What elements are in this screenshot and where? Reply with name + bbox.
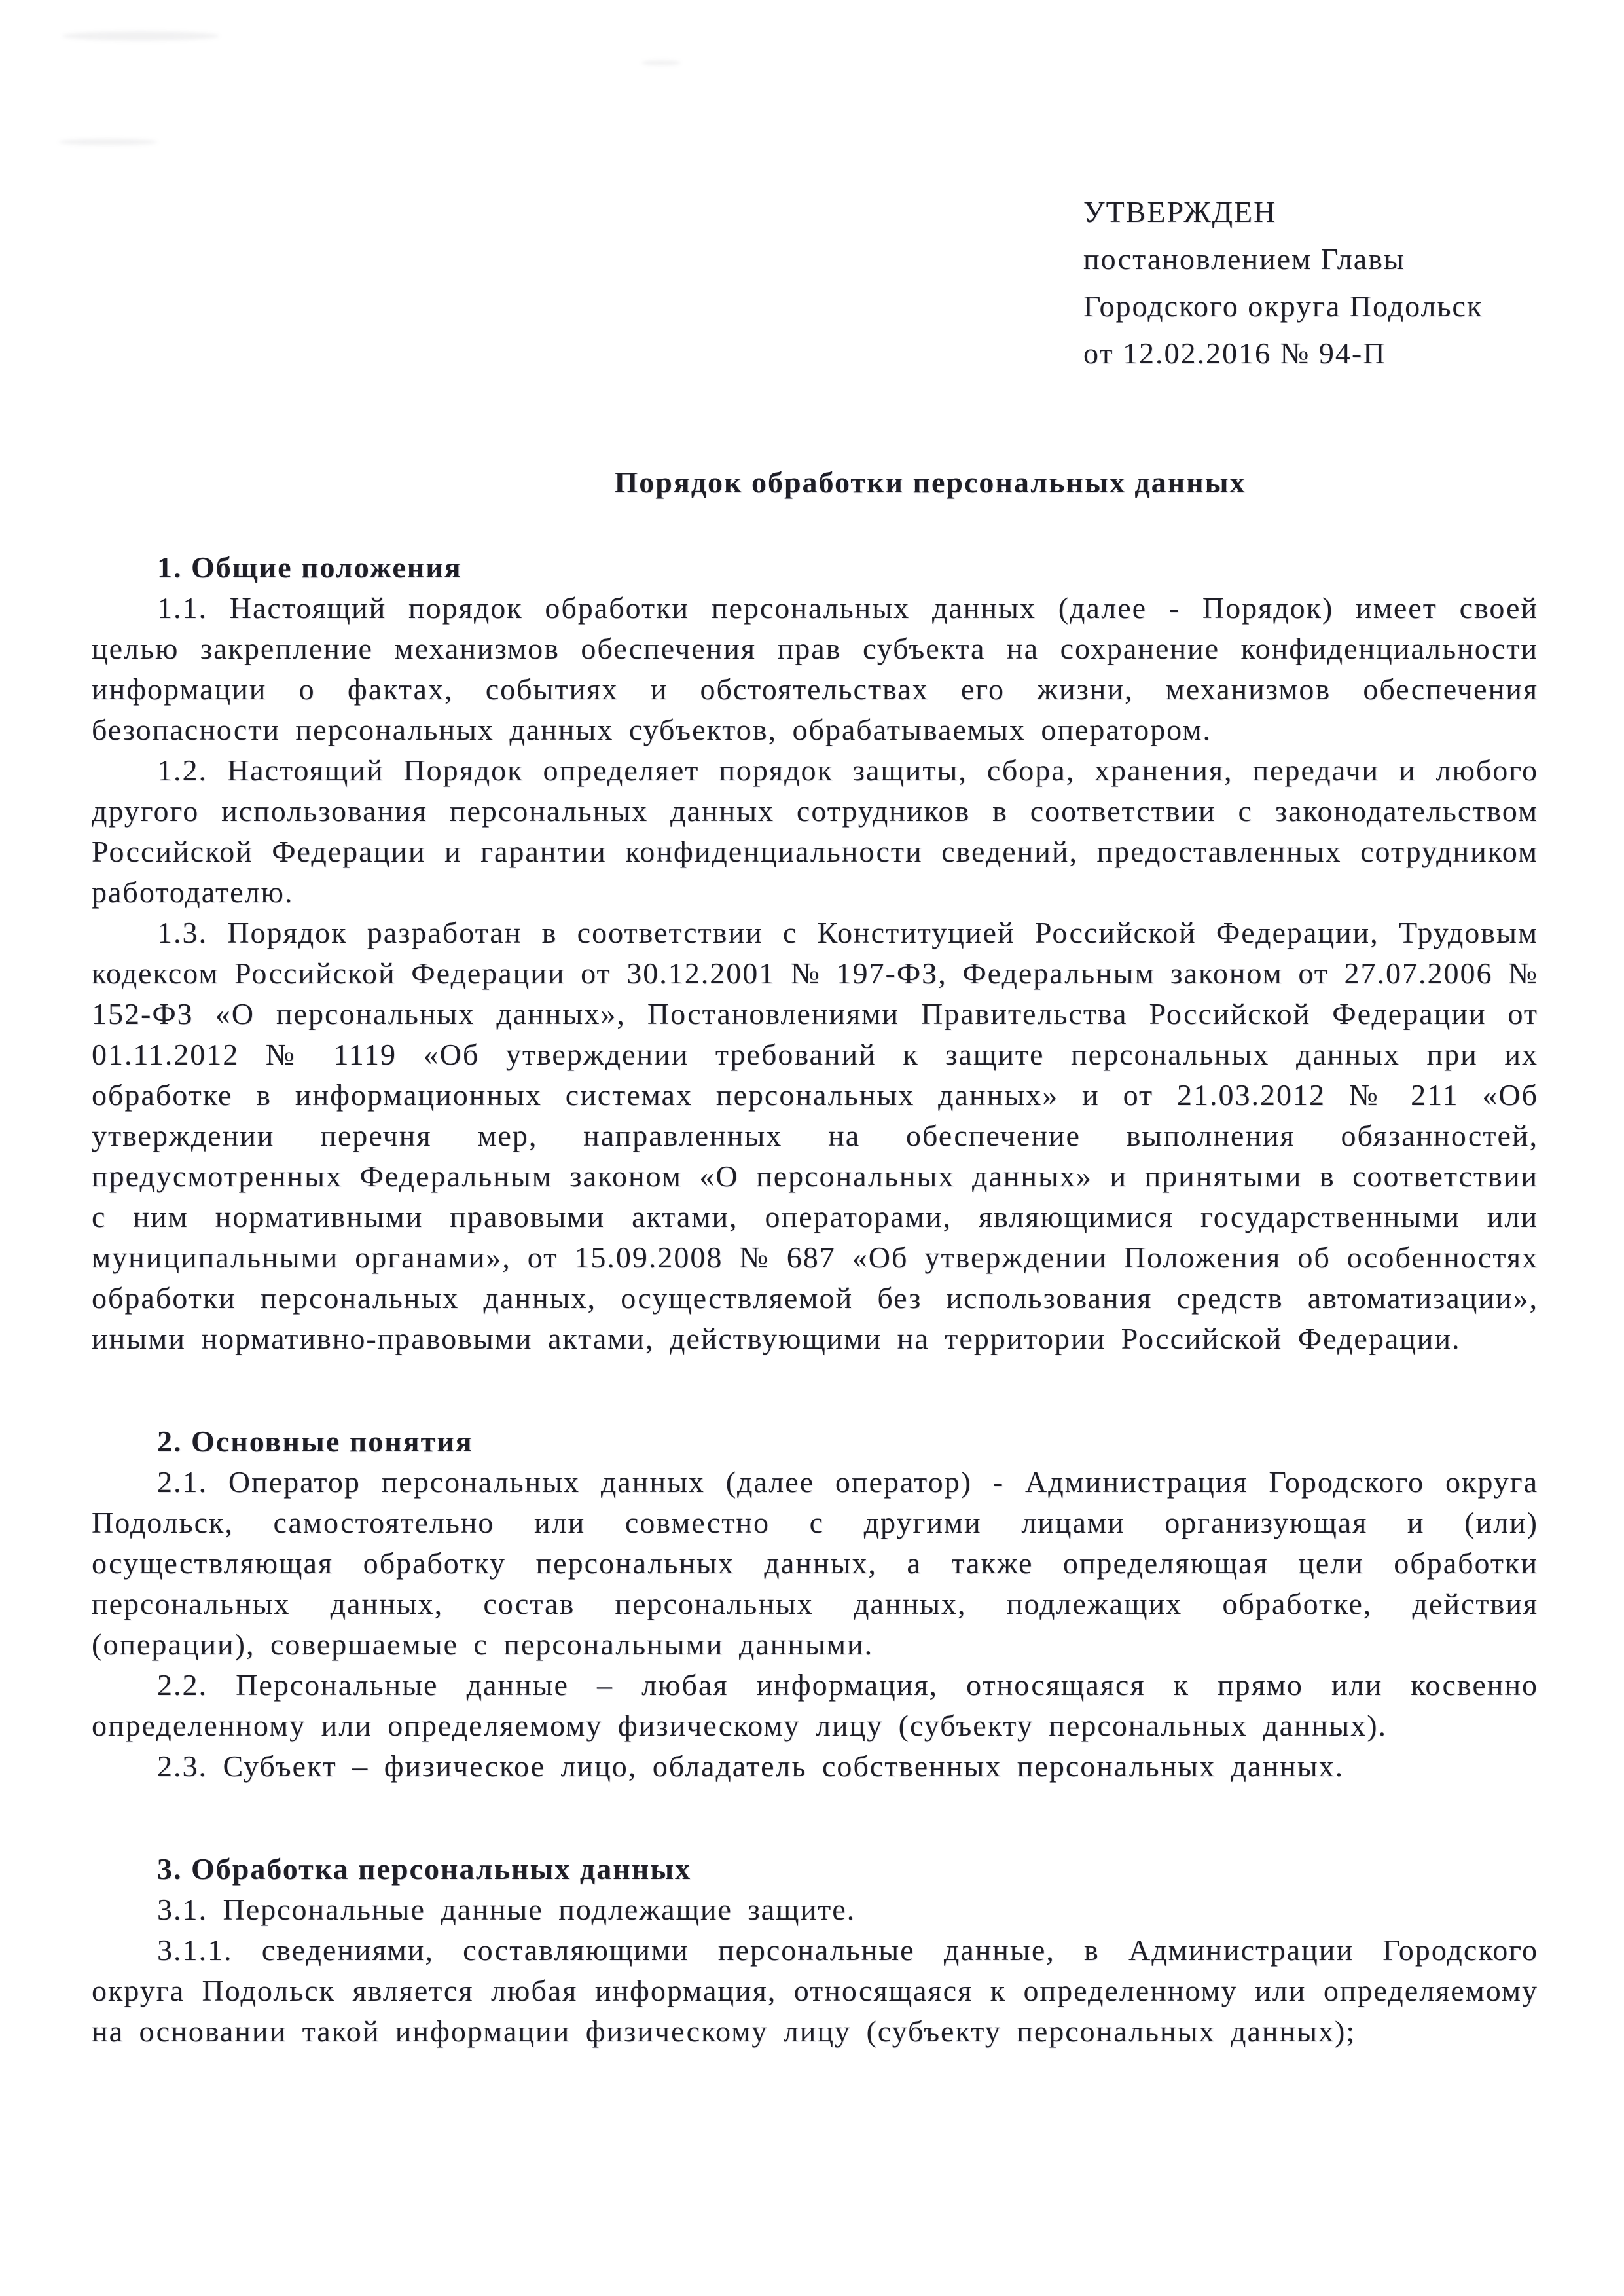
- paragraph-3-1: 3.1. Персональные данные подлежащие защи…: [92, 1889, 1538, 1930]
- paragraph-2-1: 2.1. Оператор персональных данных (далее…: [92, 1462, 1538, 1665]
- section-heading-1: 1. Общие положения: [92, 547, 1538, 588]
- paragraph-1-1: 1.1. Настоящий порядок обработки персона…: [92, 588, 1538, 750]
- paragraph-1-2: 1.2. Настоящий Порядок определяет порядо…: [92, 750, 1538, 913]
- approval-line-resolution: постановлением Главы: [1083, 236, 1538, 283]
- paragraph-1-3: 1.3. Порядок разработан в соответствии с…: [92, 913, 1538, 1359]
- approval-block: УТВЕРЖДЕН постановлением Главы Городског…: [1083, 0, 1538, 377]
- paragraph-2-2: 2.2. Персональные данные – любая информа…: [92, 1665, 1538, 1746]
- approval-line-municipality: Городского округа Подольск: [1083, 283, 1538, 330]
- document-title: Порядок обработки персональных данных: [322, 462, 1538, 503]
- approval-line-date-number: от 12.02.2016 № 94-П: [1083, 330, 1538, 377]
- approval-line-approved: УТВЕРЖДЕН: [1083, 189, 1538, 236]
- section-basic-concepts: 2. Основные понятия 2.1. Оператор персон…: [92, 1421, 1538, 1787]
- scanned-document-page: УТВЕРЖДЕН постановлением Главы Городског…: [0, 0, 1624, 2296]
- section-general-provisions: 1. Общие положения 1.1. Настоящий порядо…: [92, 547, 1538, 1359]
- section-heading-3: 3. Обработка персональных данных: [92, 1849, 1538, 1889]
- scan-artifact: [62, 31, 219, 41]
- paragraph-3-1-1: 3.1.1. сведениями, составляющими персона…: [92, 1930, 1538, 2052]
- section-data-processing: 3. Обработка персональных данных 3.1. Пе…: [92, 1849, 1538, 2052]
- paragraph-2-3: 2.3. Субъект – физическое лицо, обладате…: [92, 1746, 1538, 1787]
- scan-artifact: [641, 60, 681, 65]
- document-content: УТВЕРЖДЕН постановлением Главы Городског…: [0, 0, 1624, 2052]
- scan-artifact: [59, 139, 157, 145]
- section-heading-2: 2. Основные понятия: [92, 1421, 1538, 1462]
